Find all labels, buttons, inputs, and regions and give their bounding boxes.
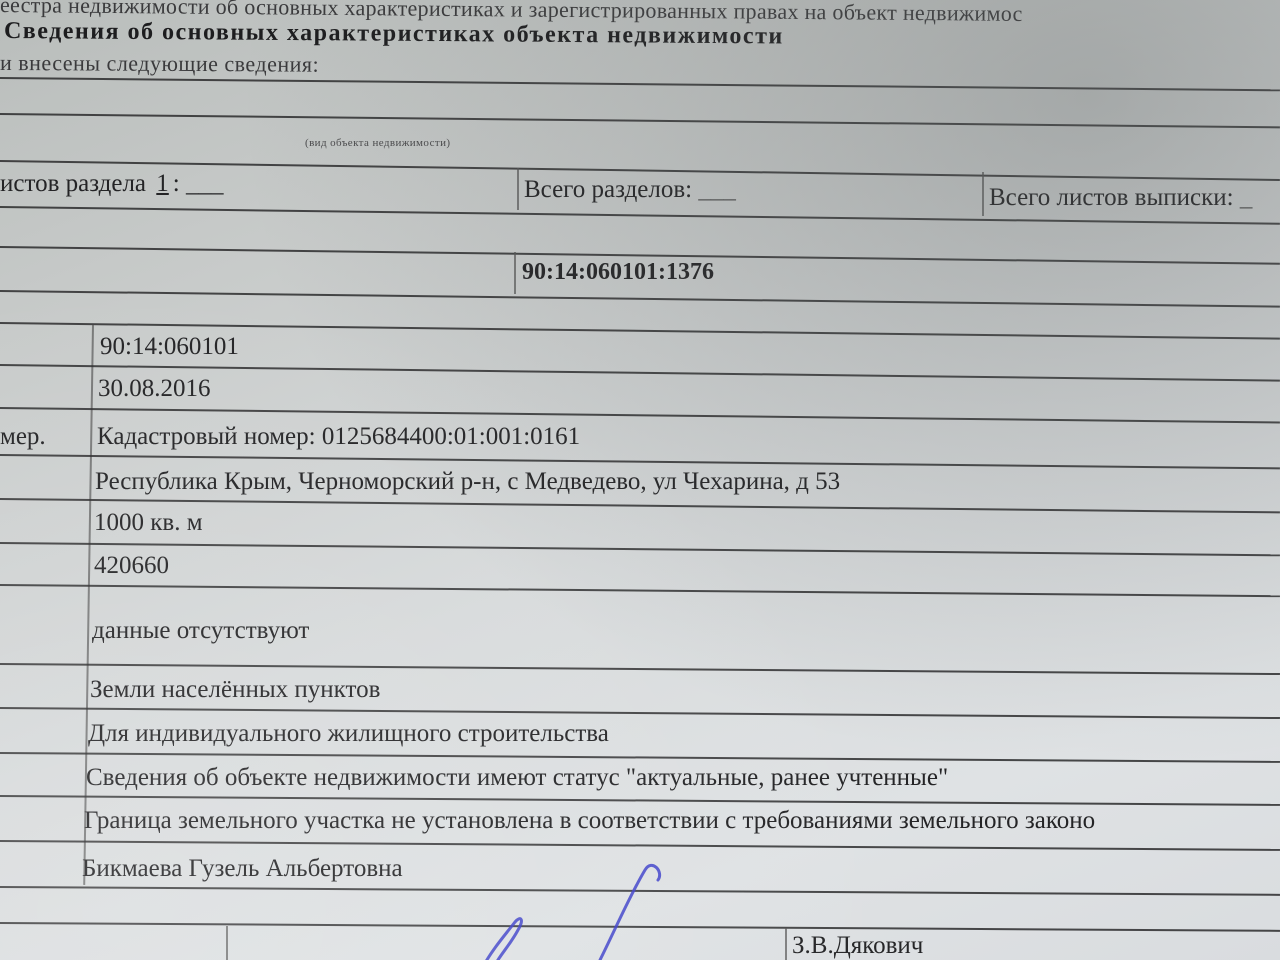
rule (0, 922, 1280, 932)
table-row-value: Бикмаева Гузель Альбертовна (82, 855, 403, 883)
table-row-value: Республика Крым, Черноморский р-н, с Мед… (95, 468, 840, 496)
table-row-label: мер. (0, 423, 46, 451)
rule (0, 707, 1280, 719)
rule (0, 840, 1280, 851)
total-sheets-value: _ (1240, 184, 1253, 211)
table-row-value: Сведения об объекте недвижимости имеют с… (86, 764, 948, 792)
rule (0, 407, 1280, 424)
signatory-name: З.В.Дякович (792, 932, 923, 960)
cell-divider (785, 928, 787, 960)
table-row-value: Граница земельного участка не установлен… (84, 807, 1095, 835)
cell-divider (517, 168, 519, 210)
table-row-value: Для индивидуального жилищного строительс… (88, 720, 609, 748)
total-sections-label: Всего разделов: ___ (524, 176, 736, 204)
table-row-value: 90:14:060101 (100, 333, 239, 361)
rule (0, 113, 1280, 128)
section-sheets-label: истов раздела 1: ___ (0, 170, 224, 198)
table-row-value: 30.08.2016 (98, 375, 211, 403)
section-title: Сведения об основных характеристиках объ… (4, 18, 784, 50)
table-row-value: Земли населённых пунктов (90, 676, 380, 704)
table-row-value: 420660 (94, 552, 169, 580)
rule (0, 542, 1280, 556)
table-row-value: данные отсутствуют (92, 617, 309, 645)
rule (0, 77, 1280, 91)
document-page: еестра недвижимости об основных характер… (0, 0, 1280, 960)
rule (0, 795, 1280, 806)
total-sheets-label: Всего листов выписки: _ (989, 184, 1252, 212)
rule (0, 886, 1280, 896)
cell-divider (982, 172, 984, 216)
table-row-value: Кадастровый номер: 0125684400:01:001:016… (97, 423, 580, 451)
rule (0, 663, 1280, 675)
rule (0, 584, 1280, 597)
rule (0, 752, 1280, 763)
section-number: 1 (152, 170, 173, 197)
rule (0, 290, 1280, 308)
total-sections-value: ___ (698, 176, 736, 203)
cell-divider (514, 252, 516, 294)
intro-text: и внесены следующие сведения: (0, 50, 319, 78)
section-sheets-value: : ___ (173, 170, 224, 197)
object-type-caption: (вид объекта недвижимости) (305, 137, 450, 149)
cadastral-number: 90:14:060101:1376 (522, 259, 714, 286)
table-row-value: 1000 кв. м (94, 509, 203, 537)
cell-divider (226, 926, 228, 960)
